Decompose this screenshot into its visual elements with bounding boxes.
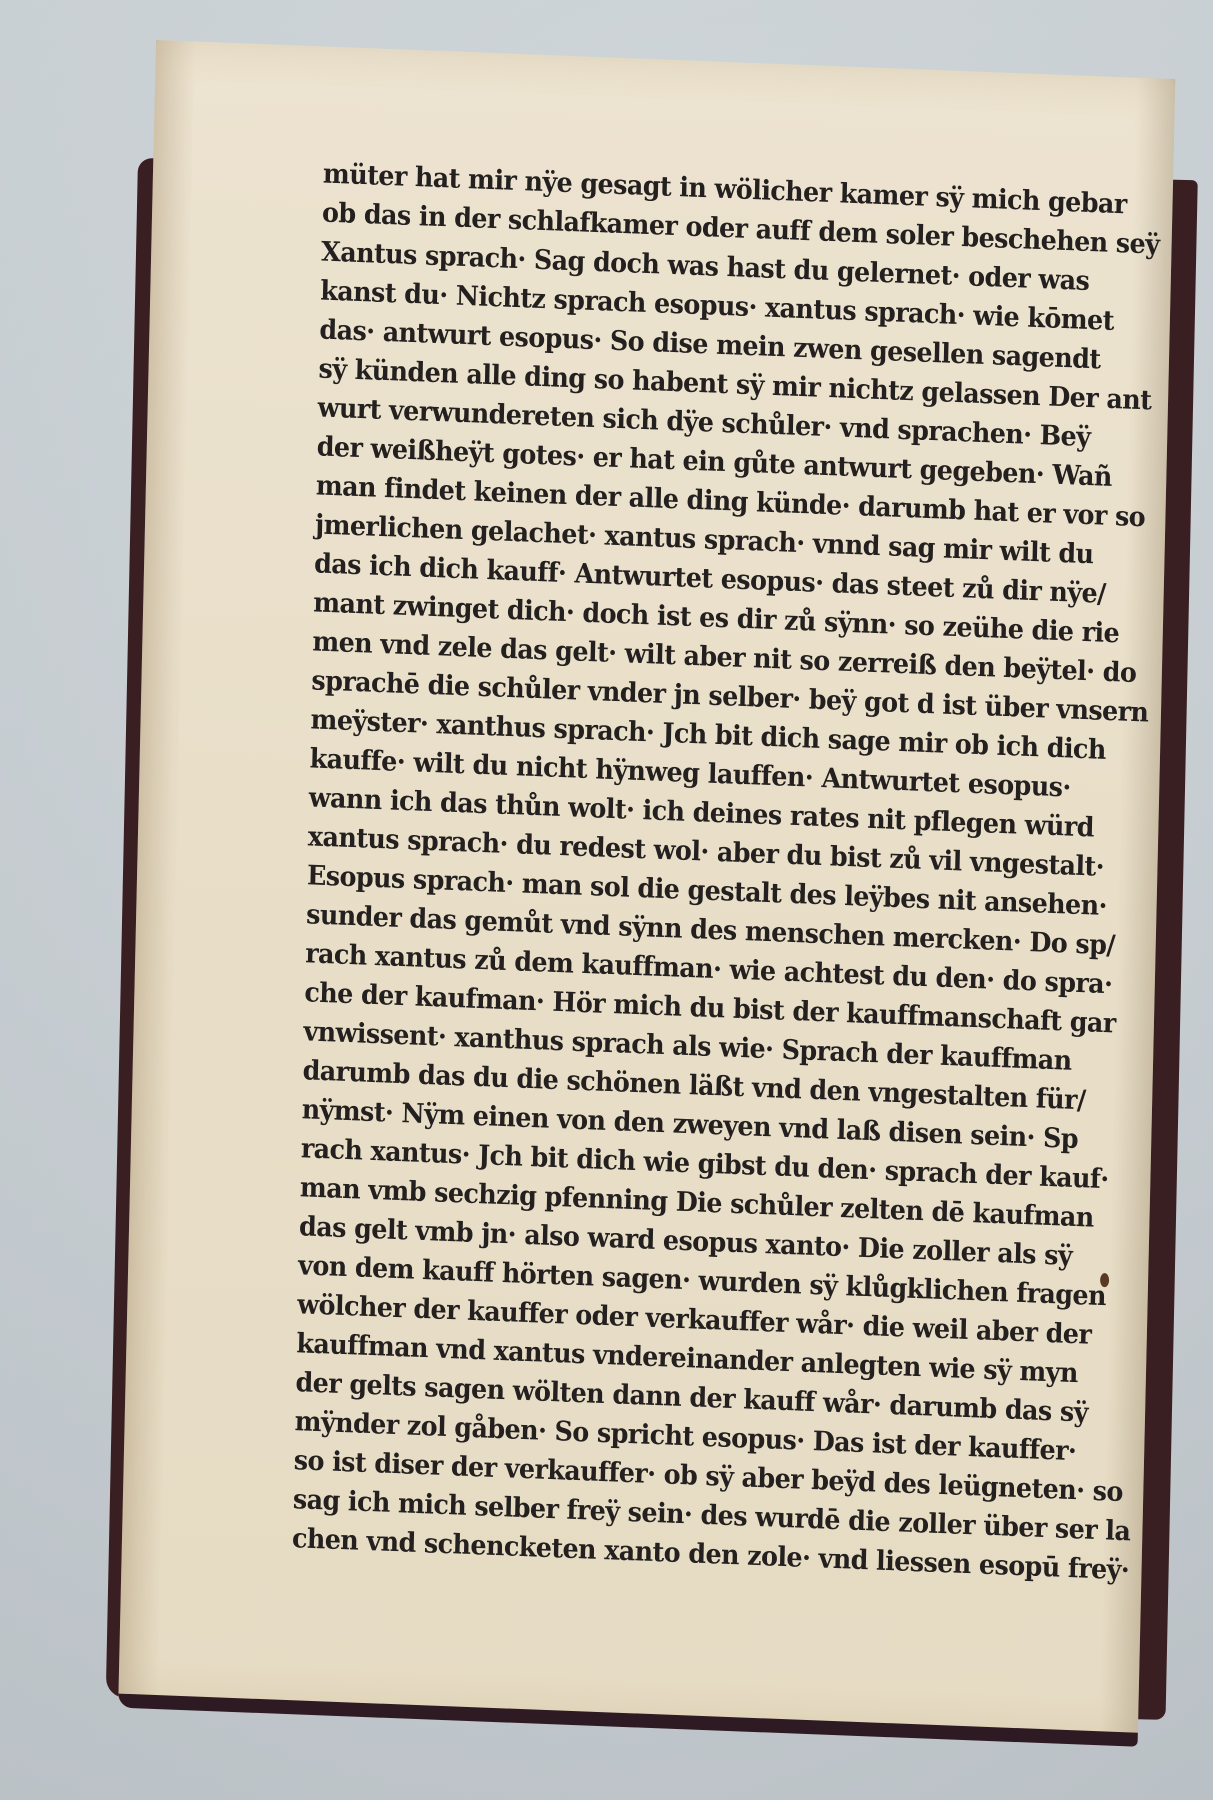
printed-text-block: müter hat mir nÿe gesagt in wölicher kam… <box>292 154 1133 1589</box>
book-page: müter hat mir nÿe gesagt in wölicher kam… <box>118 40 1175 1739</box>
